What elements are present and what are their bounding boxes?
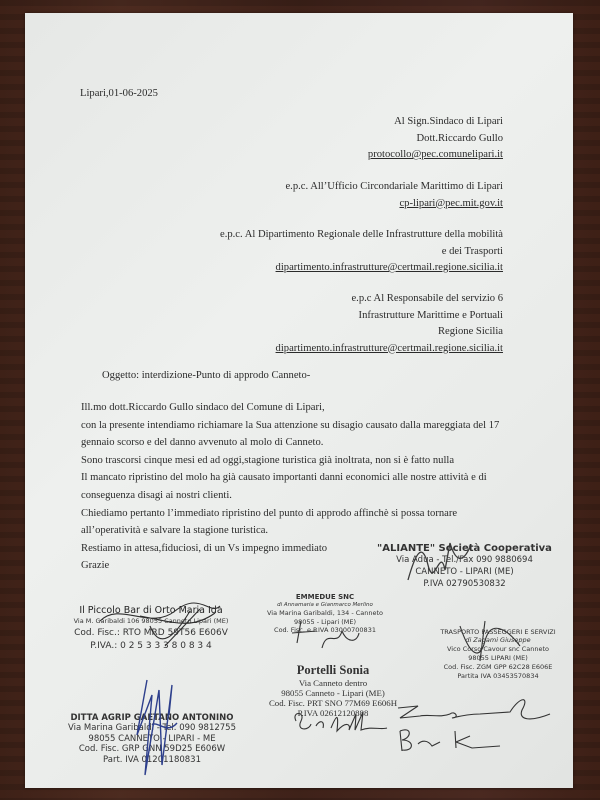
- body-line: con la presente intendiamo richiamare la…: [81, 417, 499, 435]
- stamp-address: Via M. Garibaldi 106 98055 Canneto Lipar…: [61, 616, 241, 627]
- stamp-line: Cod. Fisc. GRP GNN 59D25 E606W: [67, 744, 237, 755]
- recipient-email[interactable]: protocollo@pec.comunelipari.it: [368, 147, 503, 164]
- body-line: Chiediamo pertanto l’immediato ripristin…: [81, 505, 499, 523]
- stamp-portelli-sonia: Portelli Sonia Via Canneto dentro 98055 …: [263, 663, 403, 718]
- body-line: all’operatività e salvare la stagione tu…: [81, 522, 499, 540]
- recipient-line: Regione Sicilia: [276, 324, 503, 341]
- recipient-line: Infrastrutture Marittime e Portuali: [276, 308, 503, 325]
- recipient-line: Al Sign.Sindaco di Lipari: [368, 114, 503, 131]
- subject-line: Oggetto: interdizione-Punto di approdo C…: [102, 367, 310, 384]
- stamp-line: CANNETO - LIPARI (ME): [377, 566, 552, 578]
- stamp-title: EMMEDUE SNC: [261, 593, 389, 601]
- stamp-line: 98055 - Lipari (ME): [261, 618, 389, 627]
- stamp-line: 98055 Canneto - Lipari (ME): [263, 688, 403, 698]
- recipient-service-manager: e.p.c Al Responsabile del servizio 6 Inf…: [276, 291, 503, 357]
- recipient-mayor: Al Sign.Sindaco di Lipari Dott.Riccardo …: [368, 114, 503, 164]
- recipient-email[interactable]: dipartimento.infrastrutture@certmail.reg…: [220, 260, 503, 277]
- stamp-line: Cod. Fisc. PRT SNO 77M69 E606H: [263, 698, 403, 708]
- recipient-line: e dei Trasporti: [220, 244, 503, 261]
- stamp-line: Via Canneto dentro: [263, 678, 403, 688]
- stamp-line: Via Adua - Tel./Fax 090 9880694: [377, 554, 552, 566]
- stamp-emmedue: EMMEDUE SNC di Annamaria e Gianmarco Mer…: [261, 593, 389, 635]
- stamp-subtitle: di Zagami Giuseppe: [413, 636, 583, 645]
- recipient-regional-department: e.p.c. Al Dipartimento Regionale delle I…: [220, 227, 503, 277]
- body-line: conseguenza disagi ai nostri clienti.: [81, 487, 499, 505]
- stamp-line: P.IVA 02790530832: [377, 578, 552, 590]
- stamp-line: Via Marina Garibaldi - Tel. 090 9812755: [67, 723, 237, 734]
- stamp-title: Il Piccolo Bar di Orto Maria Ida: [61, 605, 241, 616]
- body-line: Il mancato ripristino del molo ha già ca…: [81, 469, 499, 487]
- signature-zagami: [390, 696, 570, 756]
- recipient-line: e.p.c. Al Dipartimento Regionale delle I…: [220, 227, 503, 244]
- stamp-piccolo-bar: Il Piccolo Bar di Orto Maria Ida Via M. …: [61, 605, 241, 653]
- recipient-line: Dott.Riccardo Gullo: [368, 131, 503, 148]
- recipient-line: e.p.c. All’Ufficio Circondariale Maritti…: [285, 179, 503, 196]
- stamp-trasporto-passeggeri: TRASPORTO PASSEGGERI E SERVIZI di Zagami…: [413, 628, 583, 681]
- stamp-line: Cod. Fisc. ZGM GPP 62C28 E606E: [413, 663, 583, 672]
- body-line: gennaio scorso e del danno avvenuto al m…: [81, 434, 499, 452]
- stamp-subtitle: di Annamaria e Gianmarco Merlino: [261, 601, 389, 609]
- stamp-title: "ALIANTE" Società Cooperativa: [377, 543, 552, 554]
- body-line: Ill.mo dott.Riccardo Gullo sindaco del C…: [81, 399, 499, 417]
- stamp-agrip: DITTA AGRIP GAETANO ANTONINO Via Marina …: [67, 713, 237, 765]
- recipient-email[interactable]: cp-lipari@pec.mit.gov.it: [285, 196, 503, 213]
- place-date: Lipari,01-06-2025: [80, 85, 158, 102]
- recipient-email[interactable]: dipartimento.infrastrutture@certmail.reg…: [276, 341, 503, 358]
- stamp-line: Cod. Fisc.: RTO MRD 59T56 E606V: [61, 627, 241, 640]
- stamp-title: TRASPORTO PASSEGGERI E SERVIZI: [413, 628, 583, 636]
- stamp-line: Cod. Fisc. e P.IVA 03000700831: [261, 626, 389, 635]
- stamp-line: P.IVA.: 0 2 5 3 3 3 8 0 8 3 4: [61, 640, 241, 653]
- stamp-title: Portelli Sonia: [263, 663, 403, 678]
- stamp-line: Via Marina Garibaldi, 134 - Canneto: [261, 609, 389, 618]
- stamp-line: P.IVA 02612120888: [263, 708, 403, 718]
- stamp-aliante: "ALIANTE" Società Cooperativa Via Adua -…: [377, 543, 552, 590]
- stamp-line: 98055 LIPARI (ME): [413, 654, 583, 663]
- recipient-maritime-office: e.p.c. All’Ufficio Circondariale Maritti…: [285, 179, 503, 212]
- stamp-line: Part. IVA 01201180831: [67, 755, 237, 766]
- letter-page: Lipari,01-06-2025 Al Sign.Sindaco di Lip…: [25, 13, 573, 788]
- body-line: Sono trascorsi cinque mesi ed ad oggi,st…: [81, 452, 499, 470]
- stamp-line: Vico Corso Cavour snc Canneto: [413, 645, 583, 654]
- stamp-line: Partita IVA 03453570834: [413, 672, 583, 681]
- stamp-title: DITTA AGRIP GAETANO ANTONINO: [67, 713, 237, 723]
- recipient-line: e.p.c Al Responsabile del servizio 6: [276, 291, 503, 308]
- stamp-line: 98055 CANNETO - LIPARI - ME: [67, 734, 237, 745]
